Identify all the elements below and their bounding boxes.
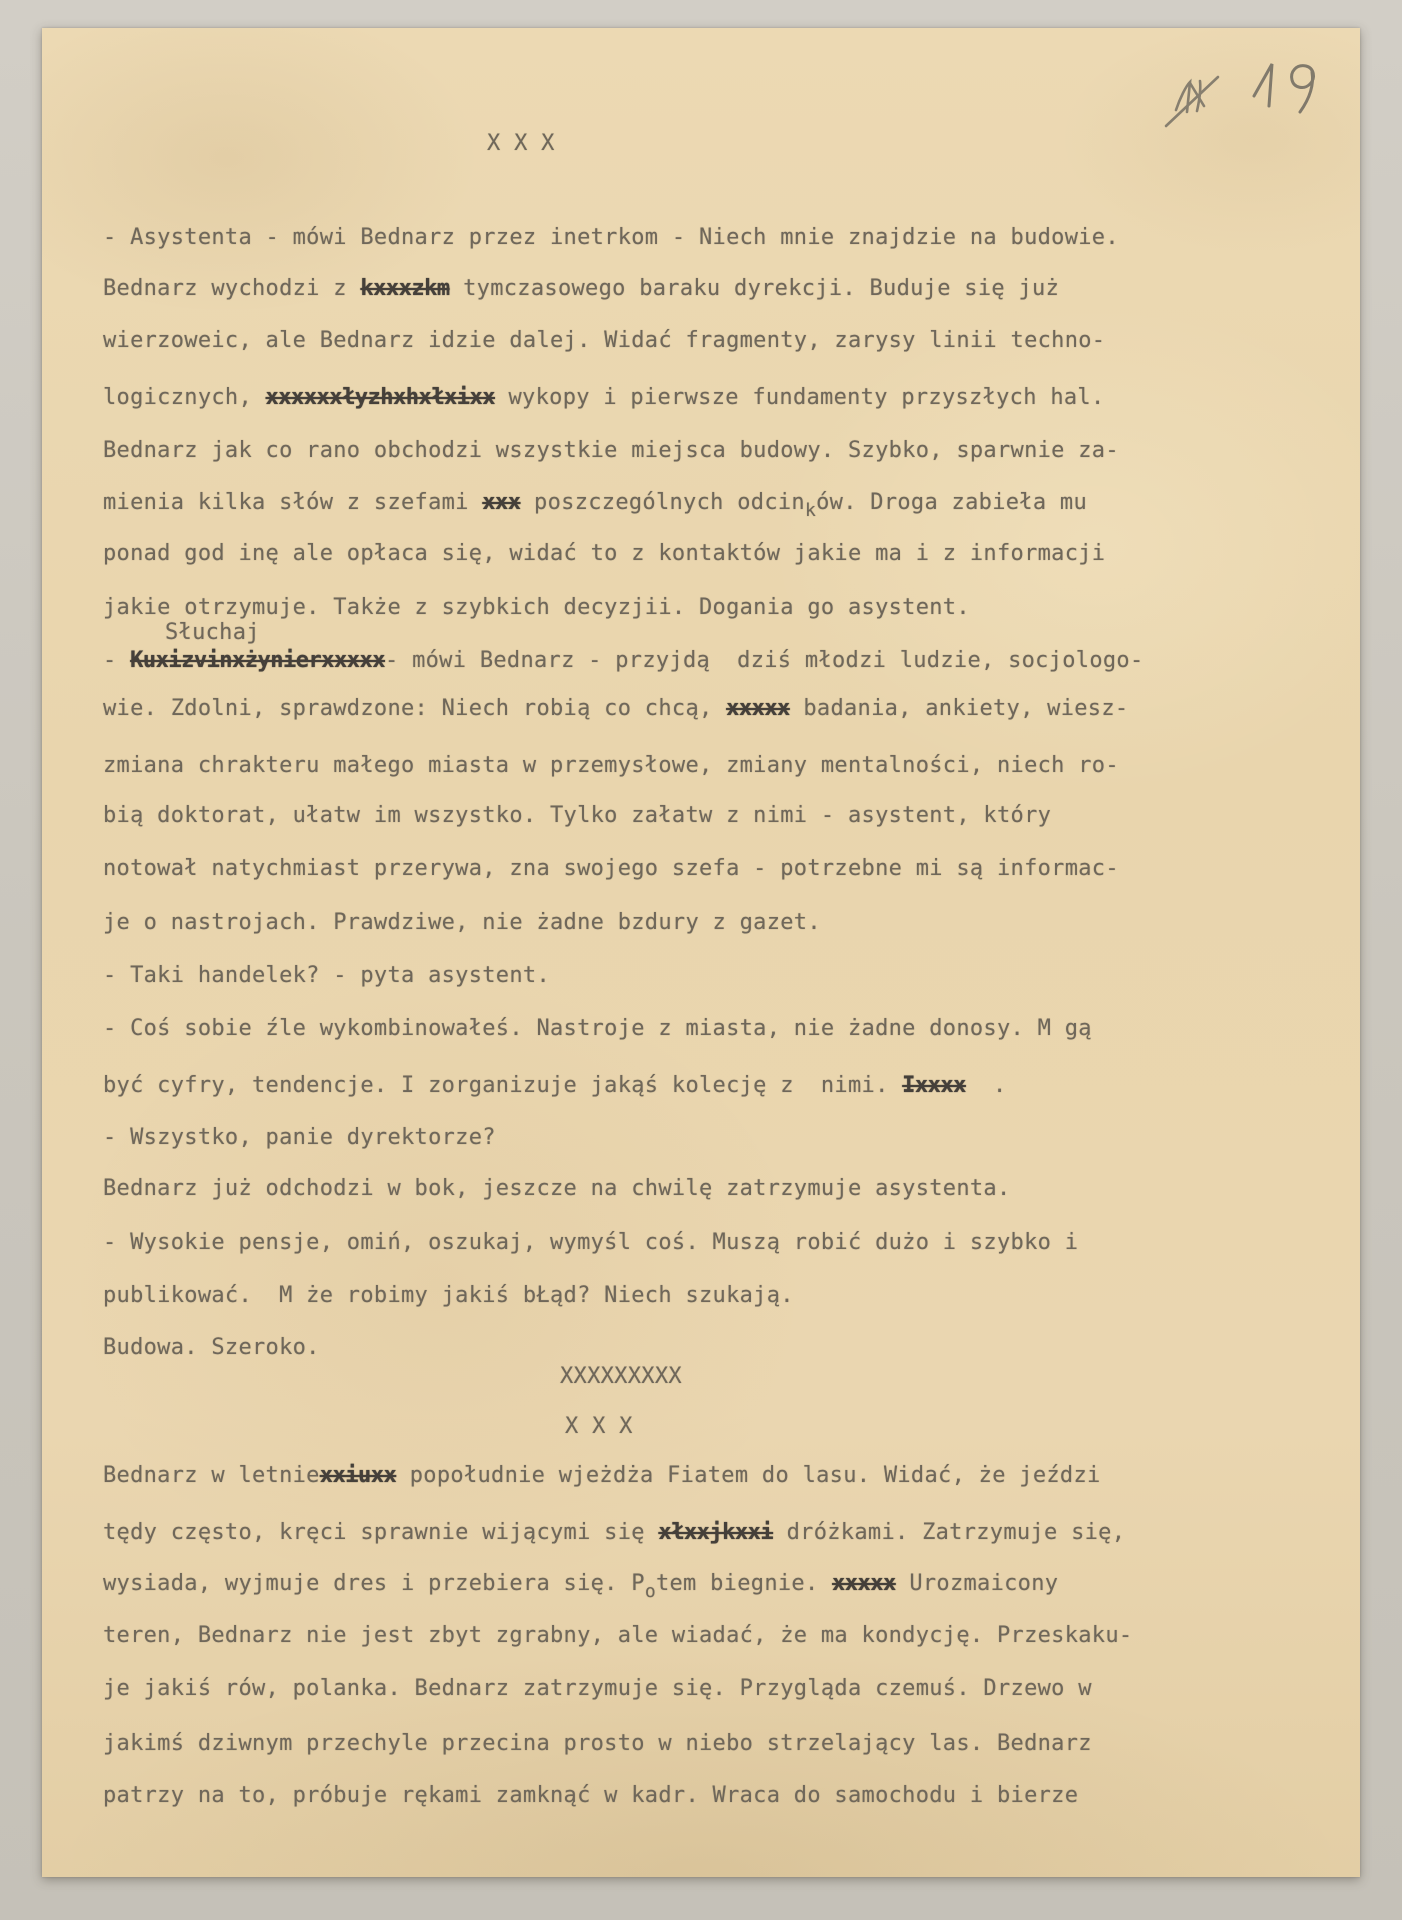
- inserted-word-sluchaj: Słuchaj: [165, 622, 260, 644]
- typewritten-text-run: je o nastrojach. Prawdziwe, nie żadne bz…: [103, 910, 821, 935]
- typewritten-text-run: Urozmaicony: [896, 1571, 1059, 1596]
- typewritten-text-run: tymczasowego baraku dyrekcji. Buduje się…: [450, 276, 1060, 301]
- typewritten-text-run: mienia kilka słów z szefami: [103, 490, 482, 515]
- typewritten-line: ponad god inę ale opłaca się, widać to z…: [103, 543, 1105, 565]
- scene-separator-row: XXXXXXXXX: [560, 1366, 682, 1388]
- typewritten-text-run: - Taki handelek? - pyta asystent.: [103, 963, 550, 988]
- typewritten-text-run: Słuchaj: [165, 620, 260, 645]
- typewritten-text-run: wykopy i pierwsze fundamenty przyszłych …: [495, 385, 1105, 410]
- dropped-character: o: [645, 1581, 656, 1602]
- overstruck-text: xłxxjkxxi: [658, 1520, 773, 1545]
- typewritten-line: jakimś dziwnym przechyle przecina prosto…: [103, 1733, 1092, 1755]
- typewritten-line: wysiada, wyjmuje dres i przebiera się. P…: [103, 1573, 1058, 1601]
- typewritten-line: notował natychmiast przerywa, zna swojeg…: [103, 858, 1119, 880]
- typewritten-text-run: być cyfry, tendencje. I zorganizuje jaką…: [103, 1073, 902, 1098]
- overstruck-text: Kuxizvinxżynierxxxxx: [130, 648, 385, 673]
- overstruck-text: kxxxzkm: [360, 276, 449, 301]
- typewritten-text-run: ponad god inę ale opłaca się, widać to z…: [103, 541, 1105, 566]
- typewritten-line: być cyfry, tendencje. I zorganizuje jaką…: [103, 1075, 1007, 1097]
- typewritten-text-run: badania, ankiety, wiesz-: [790, 696, 1129, 721]
- scene-separator-xxx: X X X: [565, 1416, 633, 1438]
- typewritten-line: Bednarz już odchodzi w bok, jeszcze na c…: [103, 1178, 1011, 1200]
- typewritten-line: je o nastrojach. Prawdziwe, nie żadne bz…: [103, 912, 821, 934]
- typewritten-text-run: Bednarz wychodzi z: [103, 276, 360, 301]
- typewritten-line: Bednarz w letniexxiuxx popołudnie wjeżdż…: [103, 1465, 1101, 1487]
- typewritten-line: Bednarz jak co rano obchodzi wszystkie m…: [103, 440, 1119, 462]
- typewritten-line: patrzy na to, próbuje rękami zamknąć w k…: [103, 1785, 1078, 1807]
- typewritten-line: logicznych, xxxxxxłyzhxhxłxixx wykopy i …: [103, 387, 1105, 409]
- typewritten-text-run: -: [103, 648, 130, 673]
- typewritten-line: tędy często, kręci sprawnie wijącymi się…: [103, 1522, 1125, 1544]
- handwritten-page-number: [1246, 54, 1336, 124]
- typewritten-text-run: popołudnie wjeżdża Fiatem do lasu. Widać…: [396, 1463, 1100, 1488]
- typewritten-line: wierzoweic, ale Bednarz idzie dalej. Wid…: [103, 330, 1105, 352]
- typewritten-paper-sheet: X X X - Asystenta - mówi Bednarz przez i…: [42, 28, 1360, 1877]
- typewritten-text-run: .: [966, 1073, 1007, 1098]
- typewritten-text-run: jakie otrzymuje. Także z szybkich decyzj…: [103, 595, 970, 620]
- overstruck-text: xxxxx: [726, 696, 790, 721]
- typewritten-text-run: zmiana chrakteru małego miasta w przemys…: [103, 753, 1119, 778]
- typewritten-text-run: jakimś dziwnym przechyle przecina prosto…: [103, 1731, 1092, 1756]
- overstruck-text: xxxxxxłyzhxhxłxixx: [266, 385, 495, 410]
- typewritten-text-run: notował natychmiast przerywa, zna swojeg…: [103, 856, 1119, 881]
- typewritten-line: teren, Bednarz nie jest zbyt zgrabny, al…: [103, 1625, 1132, 1647]
- typewritten-text-run: je jakiś rów, polanka. Bednarz zatrzymuj…: [103, 1676, 1092, 1701]
- typewritten-line: - Asystenta - mówi Bednarz przez inetrko…: [103, 227, 1119, 249]
- typewritten-text-run: - Coś sobie źle wykombinowałeś. Nastroje…: [103, 1016, 1092, 1041]
- scanned-document-page: X X X - Asystenta - mówi Bednarz przez i…: [0, 0, 1402, 1920]
- typewritten-line: - Taki handelek? - pyta asystent.: [103, 965, 550, 987]
- typewritten-text-run: - mówi Bednarz - przyjdą dziś młodzi lud…: [385, 648, 1144, 673]
- typewritten-text-run: Budowa. Szeroko.: [103, 1335, 320, 1360]
- typewritten-text-run: logicznych,: [103, 385, 266, 410]
- typewritten-line: - Coś sobie źle wykombinowałeś. Nastroje…: [103, 1018, 1092, 1040]
- typewritten-line: - Wysokie pensje, omiń, oszukaj, wymyśl …: [103, 1232, 1078, 1254]
- typewritten-text-run: Bednarz w letnie: [103, 1463, 320, 1488]
- typewritten-text-run: - Wysokie pensje, omiń, oszukaj, wymyśl …: [103, 1230, 1078, 1255]
- overstruck-text: xxxxx: [832, 1571, 896, 1596]
- typewritten-line: wie. Zdolni, sprawdzone: Niech robią co …: [103, 698, 1128, 720]
- typewritten-line: - Wszystko, panie dyrektorze?: [103, 1127, 496, 1149]
- typewritten-line: publikować. M że robimy jakiś bŁąd? Niec…: [103, 1285, 794, 1307]
- typewritten-text-run: - Asystenta - mówi Bednarz przez inetrko…: [103, 225, 1119, 250]
- typewritten-text-run: Bednarz już odchodzi w bok, jeszcze na c…: [103, 1176, 1011, 1201]
- overstruck-text: Ixxxx: [902, 1073, 966, 1098]
- overstruck-text: xxx: [482, 490, 520, 515]
- typewritten-text-run: poszczególnych odcin: [521, 490, 805, 515]
- typewritten-line: bią doktorat, ułatw im wszystko. Tylko z…: [103, 805, 1051, 827]
- typewritten-line: Bednarz wychodzi z kxxxzkm tymczasowego …: [103, 278, 1059, 300]
- typewritten-text-run: - Wszystko, panie dyrektorze?: [103, 1125, 496, 1150]
- typewritten-text-run: ów. Droga zabieła mu: [816, 490, 1087, 515]
- handwritten-crossout-mark: [1160, 70, 1234, 134]
- typewritten-text-run: wysiada, wyjmuje dres i przebiera się. P: [103, 1571, 645, 1596]
- typewritten-text-run: wierzoweic, ale Bednarz idzie dalej. Wid…: [103, 328, 1105, 353]
- typewritten-text-run: dróżkami. Zatrzymuje się,: [773, 1520, 1125, 1545]
- typewritten-line: zmiana chrakteru małego miasta w przemys…: [103, 755, 1119, 777]
- typewritten-line: je jakiś rów, polanka. Bednarz zatrzymuj…: [103, 1678, 1092, 1700]
- typewritten-text-run: patrzy na to, próbuje rękami zamknąć w k…: [103, 1783, 1078, 1808]
- typewritten-text-run: tędy często, kręci sprawnie wijącymi się: [103, 1520, 658, 1545]
- typewritten-line: Budowa. Szeroko.: [103, 1337, 320, 1359]
- overstruck-text: xxiuxx: [320, 1463, 396, 1488]
- section-heading-xxx: X X X: [487, 133, 555, 155]
- typewritten-text-run: publikować. M że robimy jakiś bŁąd? Niec…: [103, 1283, 794, 1308]
- typewritten-text-run: wie. Zdolni, sprawdzone: Niech robią co …: [103, 696, 726, 721]
- typewritten-text-run: teren, Bednarz nie jest zbyt zgrabny, al…: [103, 1623, 1132, 1648]
- typewritten-text-run: tem biegnie.: [656, 1571, 832, 1596]
- typewritten-line: - Kuxizvinxżynierxxxxx- mówi Bednarz - p…: [103, 650, 1144, 672]
- typewritten-text-run: Bednarz jak co rano obchodzi wszystkie m…: [103, 438, 1119, 463]
- dropped-character: k: [805, 500, 816, 521]
- typewritten-line: mienia kilka słów z szefami xxx poszczeg…: [103, 492, 1087, 520]
- typewritten-line: jakie otrzymuje. Także z szybkich decyzj…: [103, 597, 970, 619]
- typewritten-text-run: bią doktorat, ułatw im wszystko. Tylko z…: [103, 803, 1051, 828]
